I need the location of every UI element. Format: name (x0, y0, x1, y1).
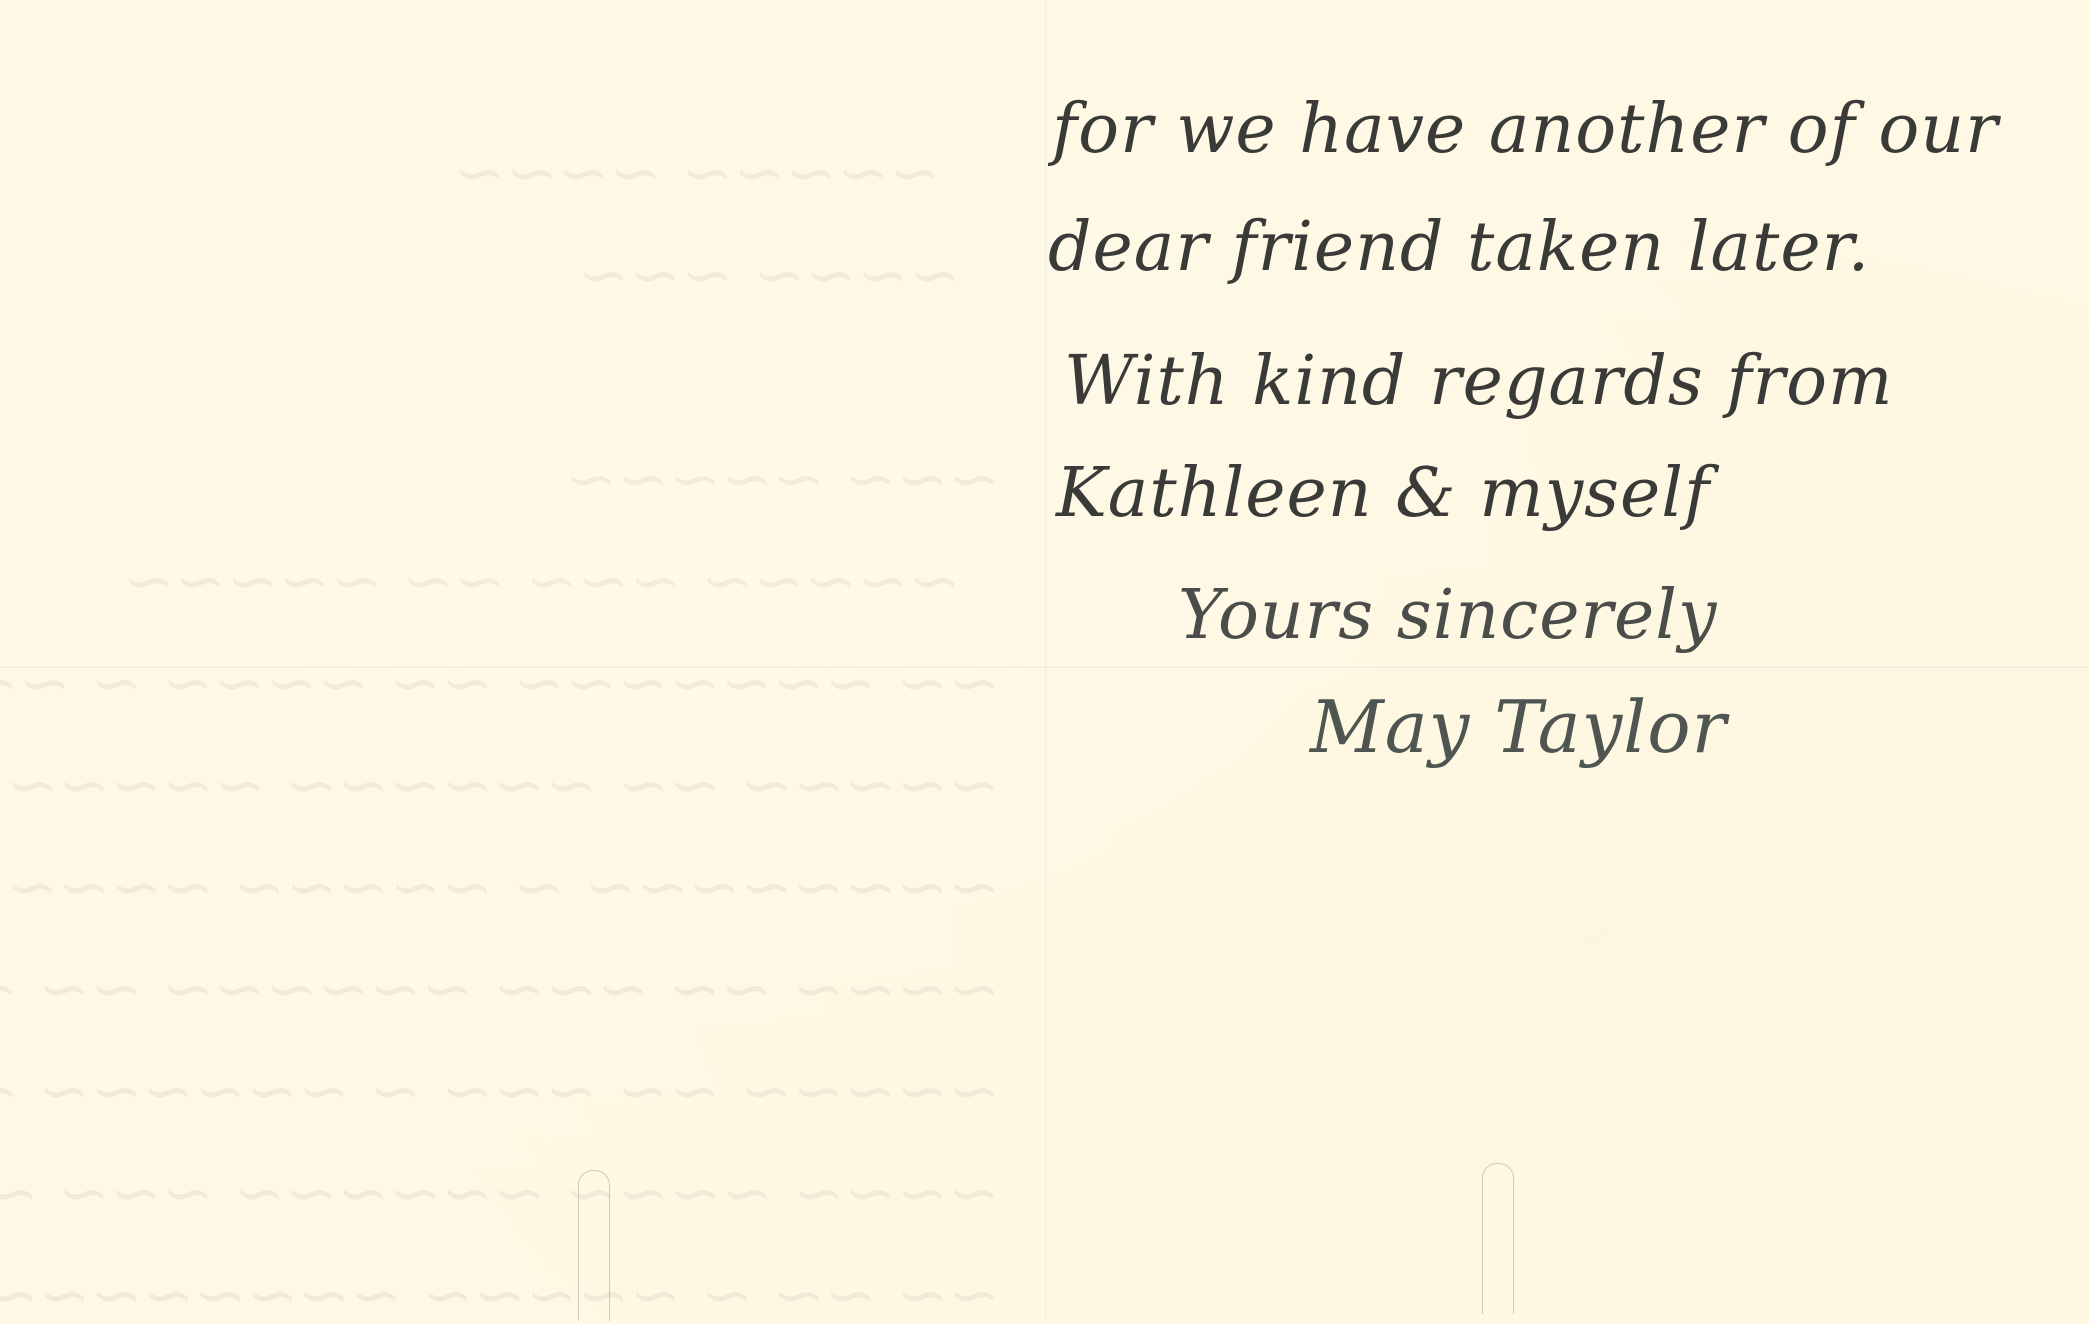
letter-line-2: dear friend taken later. (1048, 208, 1870, 287)
right-slit-mark (1482, 1163, 1514, 1314)
letter-line-1: for we have another of our (1052, 90, 1999, 169)
letter-closing: Yours sincerely (1178, 576, 1717, 655)
horizontal-fold-crease (0, 665, 2089, 668)
letter-line-4: Kathleen & myself (1056, 454, 1710, 533)
reverse-side-show-through: ~~~~~ ~~~~ ~~~~ ~~~ ~~~ ~~~~~ ~~~~~ ~~~ … (40, 20, 1020, 1280)
letter-signature: May Taylor (1310, 685, 1727, 769)
left-slit-mark (578, 1170, 610, 1321)
vertical-fold-crease (1045, 0, 1047, 1324)
letter-sheet: ~~~~~ ~~~~ ~~~~ ~~~ ~~~ ~~~~~ ~~~~~ ~~~ … (0, 0, 2089, 1324)
letter-line-3: With kind regards from (1064, 342, 1894, 421)
